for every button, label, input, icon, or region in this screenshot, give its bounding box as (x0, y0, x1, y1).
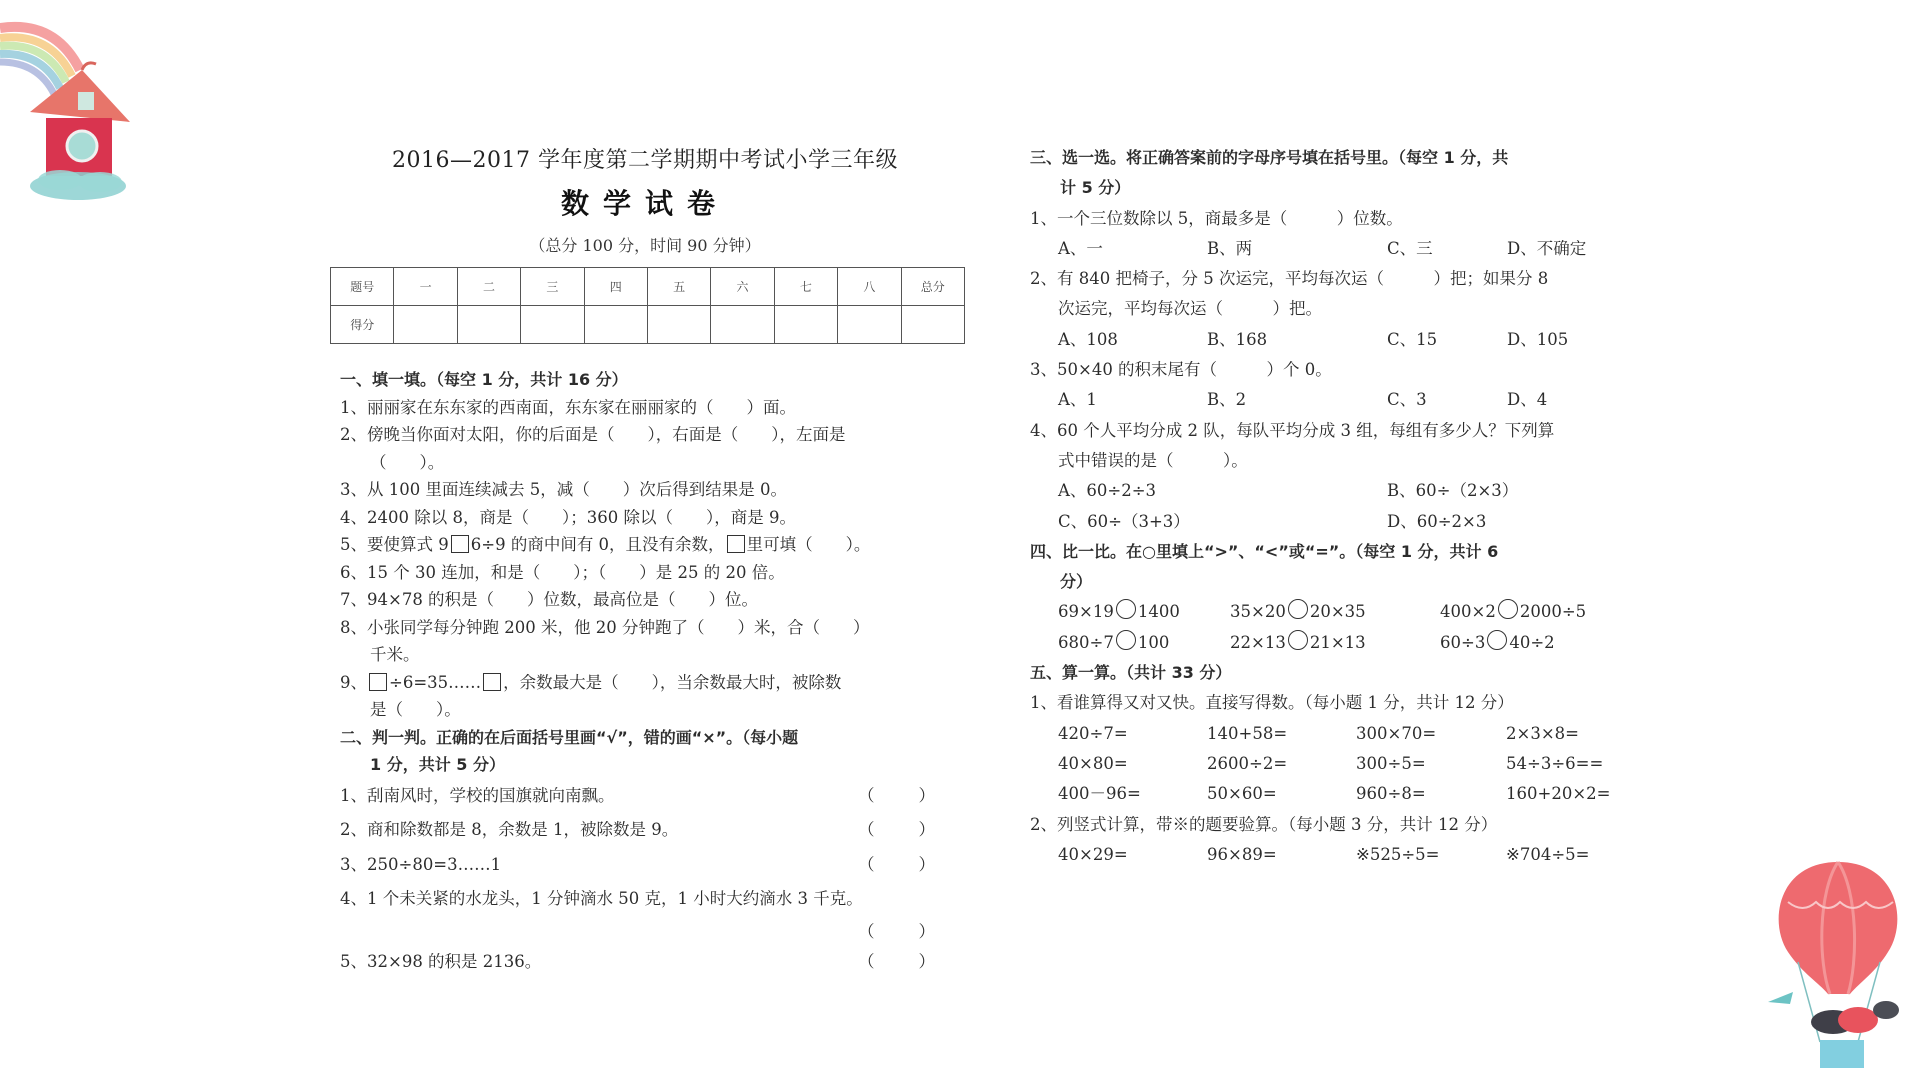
option: C、三 (1387, 234, 1433, 264)
exam-subject: 数学试卷 (325, 182, 965, 222)
section1-heading: 一、填一填。（每空 1 分，共计 16 分） (340, 366, 970, 394)
bracket-open: （ (858, 813, 875, 848)
score-input-cell[interactable] (521, 306, 584, 344)
exam-title: 2016—2017 学年度第二学期期中考试小学三年级 (325, 143, 965, 174)
bracket-open: （ (858, 917, 875, 947)
compare-circle-icon[interactable] (1288, 599, 1308, 619)
compare-row: 680÷7100 22×1321×13 60÷340÷2 (1030, 628, 1660, 658)
option: C、60÷（3+3） (1058, 507, 1190, 537)
calc-row: 400－96= 50×60= 960÷8= 160+20×2= (1030, 779, 1660, 809)
calc-item: 40×80= (1058, 749, 1128, 779)
judge-item: 3、250÷80=3……1 （） (340, 848, 970, 883)
score-input-cell[interactable] (838, 306, 901, 344)
options-row: A、60÷2÷3 B、60÷（2×3） (1030, 476, 1660, 506)
calc-item: 960÷8= (1356, 779, 1426, 809)
option: D、不确定 (1507, 234, 1586, 264)
blank-box-icon[interactable] (451, 535, 469, 553)
question-continuation: 式中错误的是（ ）。 (1030, 446, 1660, 476)
compare-row: 69×191400 35×2020×35 400×22000÷5 (1030, 597, 1660, 627)
calc-item: 300×70= (1356, 719, 1436, 749)
option: D、105 (1507, 325, 1568, 355)
question: 8、小张同学每分钟跑 200 米，他 20 分钟跑了（ ）米，合（ ） (340, 614, 970, 642)
judge-text: 4、1 个未关紧的水龙头，1 分钟滴水 50 克，1 小时大约滴水 3 千克。 (340, 889, 863, 908)
judge-text: 3、250÷80=3……1 (340, 855, 501, 874)
option: B、168 (1207, 325, 1267, 355)
options-row: A、1 B、2 C、3 D、4 (1030, 385, 1660, 415)
section5-heading: 五、算一算。（共计 33 分） (1030, 658, 1660, 688)
question-text: 9、 (340, 673, 367, 692)
options-row: A、108 B、168 C、15 D、105 (1030, 325, 1660, 355)
question: 5、要使算式 96÷9 的商中间有 0，且没有余数，里可填（ ）。 (340, 531, 970, 559)
compare-right: 1400 (1138, 602, 1180, 621)
question: 3、50×40 的积末尾有（ ）个 0。 (1030, 355, 1660, 385)
score-cell: 题号 (331, 268, 394, 306)
calc-item: 2×3×8= (1506, 719, 1579, 749)
score-table: 题号 一 二 三 四 五 六 七 八 总分 得分 (330, 267, 965, 344)
question: 4、60 个人平均分成 2 队，每队平均分成 3 组，每组有多少人？下列算 (1030, 416, 1660, 446)
blank-box-icon[interactable] (483, 673, 501, 691)
left-column: 一、填一填。（每空 1 分，共计 16 分） 1、丽丽家在东东家的西南面，东东家… (340, 366, 970, 977)
answer-brackets[interactable]: （） (858, 779, 935, 814)
calc-item: 2600÷2= (1207, 749, 1287, 779)
calc-item: 96×89= (1207, 840, 1277, 870)
compare-item: 35×2020×35 (1230, 597, 1366, 627)
answer-brackets[interactable]: （） (858, 813, 935, 848)
exam-meta: （总分 100 分，时间 90 分钟） (325, 233, 965, 256)
score-input-cell[interactable] (711, 306, 774, 344)
option: C、15 (1387, 325, 1437, 355)
option: B、60÷（2×3） (1387, 476, 1518, 506)
judge-item: 4、1 个未关紧的水龙头，1 分钟滴水 50 克，1 小时大约滴水 3 千克。 (340, 882, 970, 917)
score-cell: 七 (774, 268, 837, 306)
question-text: 里可填（ ）。 (747, 535, 871, 554)
question: 4、2400 除以 8，商是（ ）；360 除以（ ），商是 9。 (340, 504, 970, 532)
calc-item: 420÷7= (1058, 719, 1128, 749)
option: A、108 (1058, 325, 1118, 355)
compare-item: 680÷7100 (1058, 628, 1169, 658)
question-text: ÷6=35…… (389, 673, 481, 692)
option: B、两 (1207, 234, 1252, 264)
answer-brackets[interactable]: （） (858, 947, 935, 977)
compare-left: 60÷3 (1440, 633, 1485, 652)
compare-item: 400×22000÷5 (1440, 597, 1586, 627)
question: 9、÷6=35……，余数最大是（ ），当余数最大时，被除数 (340, 669, 970, 697)
score-table-header-row: 题号 一 二 三 四 五 六 七 八 总分 (331, 268, 965, 306)
score-cell: 六 (711, 268, 774, 306)
score-input-cell[interactable] (584, 306, 647, 344)
bracket-close: ） (919, 947, 936, 977)
calc-item: 40×29= (1058, 840, 1128, 870)
compare-left: 680÷7 (1058, 633, 1114, 652)
option: D、60÷2×3 (1387, 507, 1486, 537)
question: 3、从 100 里面连续减去 5，减（ ）次后得到结果是 0。 (340, 476, 970, 504)
question: 2、有 840 把椅子，分 5 次运完，平均每次运（ ）把；如果分 8 (1030, 264, 1660, 294)
compare-right: 20×35 (1310, 602, 1366, 621)
judge-text: 2、商和除数都是 8，余数是 1，被除数是 9。 (340, 820, 678, 839)
calc-row: 420÷7= 140+58= 300×70= 2×3×8= (1030, 719, 1660, 749)
compare-right: 2000÷5 (1520, 602, 1586, 621)
exam-page: 2016—2017 学年度第二学期期中考试小学三年级 数学试卷 （总分 100 … (0, 0, 1920, 1080)
compare-left: 22×13 (1230, 633, 1286, 652)
bracket-close: ） (919, 779, 936, 814)
judge-item: 1、刮南风时，学校的国旗就向南飘。 （） (340, 779, 970, 814)
question-text: 5、要使算式 9 (340, 535, 449, 554)
blank-box-icon (727, 535, 745, 553)
calc-item: 400－96= (1058, 779, 1141, 809)
question: 2、傍晚当你面对太阳，你的后面是（ ），右面是（ ），左面是 (340, 421, 970, 449)
score-input-cell[interactable] (647, 306, 710, 344)
score-cell: 二 (457, 268, 520, 306)
option: D、4 (1507, 385, 1547, 415)
right-column: 三、选一选。将正确答案前的字母序号填在括号里。（每空 1 分，共 计 5 分） … (1030, 143, 1660, 870)
bracket-open: （ (858, 947, 875, 977)
question-continuation: （ ）。 (340, 449, 970, 477)
question: 7、94×78 的积是（ ）位数，最高位是（ ）位。 (340, 586, 970, 614)
option: C、3 (1387, 385, 1427, 415)
section3-heading-cont: 计 5 分） (1030, 173, 1660, 203)
section3-heading: 三、选一选。将正确答案前的字母序号填在括号里。（每空 1 分，共 (1030, 143, 1660, 173)
compare-right: 100 (1138, 633, 1170, 652)
calc-item: 300÷5= (1356, 749, 1426, 779)
compare-circle-icon[interactable] (1116, 599, 1136, 619)
calc-row: 40×29= 96×89= ※525÷5= ※704÷5= (1030, 840, 1660, 870)
option: A、1 (1058, 385, 1097, 415)
bracket-close: ） (919, 848, 936, 883)
compare-left: 69×19 (1058, 602, 1114, 621)
compare-circle-icon[interactable] (1498, 599, 1518, 619)
question-text: 6÷9 的商中间有 0，且没有余数， (471, 535, 725, 554)
score-input-cell[interactable] (394, 306, 457, 344)
blank-box-icon[interactable] (369, 673, 387, 691)
options-row: A、一 B、两 C、三 D、不确定 (1030, 234, 1660, 264)
question: 1、一个三位数除以 5，商最多是（ ）位数。 (1030, 204, 1660, 234)
question-continuation: 是（ ）。 (340, 696, 970, 724)
score-input-cell[interactable] (774, 306, 837, 344)
bracket-open: （ (858, 848, 875, 883)
judge-item: 5、32×98 的积是 2136。 （） (340, 947, 970, 977)
score-cell: 得分 (331, 306, 394, 344)
options-row: C、60÷（3+3） D、60÷2×3 (1030, 507, 1660, 537)
bracket-close: ） (919, 917, 936, 947)
option: B、2 (1207, 385, 1246, 415)
section5-part2-heading: 2、列竖式计算，带※的题要验算。（每小题 3 分，共计 12 分） (1030, 810, 1660, 840)
compare-left: 35×20 (1230, 602, 1286, 621)
calc-item: 50×60= (1207, 779, 1277, 809)
compare-item: 22×1321×13 (1230, 628, 1366, 658)
score-input-cell[interactable] (901, 306, 964, 344)
judge-text: 5、32×98 的积是 2136。 (340, 952, 541, 971)
question-continuation: 次运完，平均每次运（ ）把。 (1030, 294, 1660, 324)
calc-item: ※525÷5= (1356, 840, 1439, 870)
calc-item: ※704÷5= (1506, 840, 1589, 870)
score-table-score-row: 得分 (331, 306, 965, 344)
bracket-close: ） (919, 813, 936, 848)
compare-right: 40÷2 (1509, 633, 1554, 652)
judge-item: 2、商和除数都是 8，余数是 1，被除数是 9。 （） (340, 813, 970, 848)
calc-item: 160+20×2= (1506, 779, 1610, 809)
bracket-open: （ (858, 779, 875, 814)
score-cell: 三 (521, 268, 584, 306)
question: 1、丽丽家在东东家的西南面，东东家在丽丽家的（ ）面。 (340, 394, 970, 422)
score-cell: 五 (647, 268, 710, 306)
option: A、一 (1058, 234, 1103, 264)
compare-left: 400×2 (1440, 602, 1496, 621)
section5-part1-heading: 1、看谁算得又对又快。直接写得数。（每小题 1 分，共计 12 分） (1030, 688, 1660, 718)
score-input-cell[interactable] (457, 306, 520, 344)
compare-circle-icon[interactable] (1116, 630, 1136, 650)
question: 6、15 个 30 连加，和是（ ）；（ ）是 25 的 20 倍。 (340, 559, 970, 587)
answer-brackets[interactable]: （） (858, 917, 935, 947)
question-continuation: 千米。 (340, 641, 970, 669)
question-text: ，余数最大是（ ），当余数最大时，被除数 (503, 673, 841, 692)
section2-heading: 二、判一判。正确的在后面括号里画“√”，错的画“×”。（每小题 (340, 724, 970, 752)
compare-item: 60÷340÷2 (1440, 628, 1555, 658)
calc-item: 140+58= (1207, 719, 1287, 749)
answer-brackets[interactable]: （） (858, 848, 935, 883)
compare-circle-icon[interactable] (1487, 630, 1507, 650)
calc-row: 40×80= 2600÷2= 300÷5= 54÷3÷6== (1030, 749, 1660, 779)
section4-heading-cont: 分） (1030, 567, 1660, 597)
judge-item-brackets: （） (340, 917, 970, 947)
score-cell: 八 (838, 268, 901, 306)
compare-circle-icon[interactable] (1288, 630, 1308, 650)
compare-right: 21×13 (1310, 633, 1366, 652)
section2-heading-cont: 1 分，共计 5 分） (340, 751, 970, 779)
option: A、60÷2÷3 (1058, 476, 1156, 506)
calc-item: 54÷3÷6== (1506, 749, 1603, 779)
score-cell: 四 (584, 268, 647, 306)
score-cell: 总分 (901, 268, 964, 306)
score-cell: 一 (394, 268, 457, 306)
section4-heading: 四、比一比。在○里填上“>”、“<”或“=”。（每空 1 分，共计 6 (1030, 537, 1660, 567)
compare-item: 69×191400 (1058, 597, 1180, 627)
judge-text: 1、刮南风时，学校的国旗就向南飘。 (340, 786, 615, 805)
